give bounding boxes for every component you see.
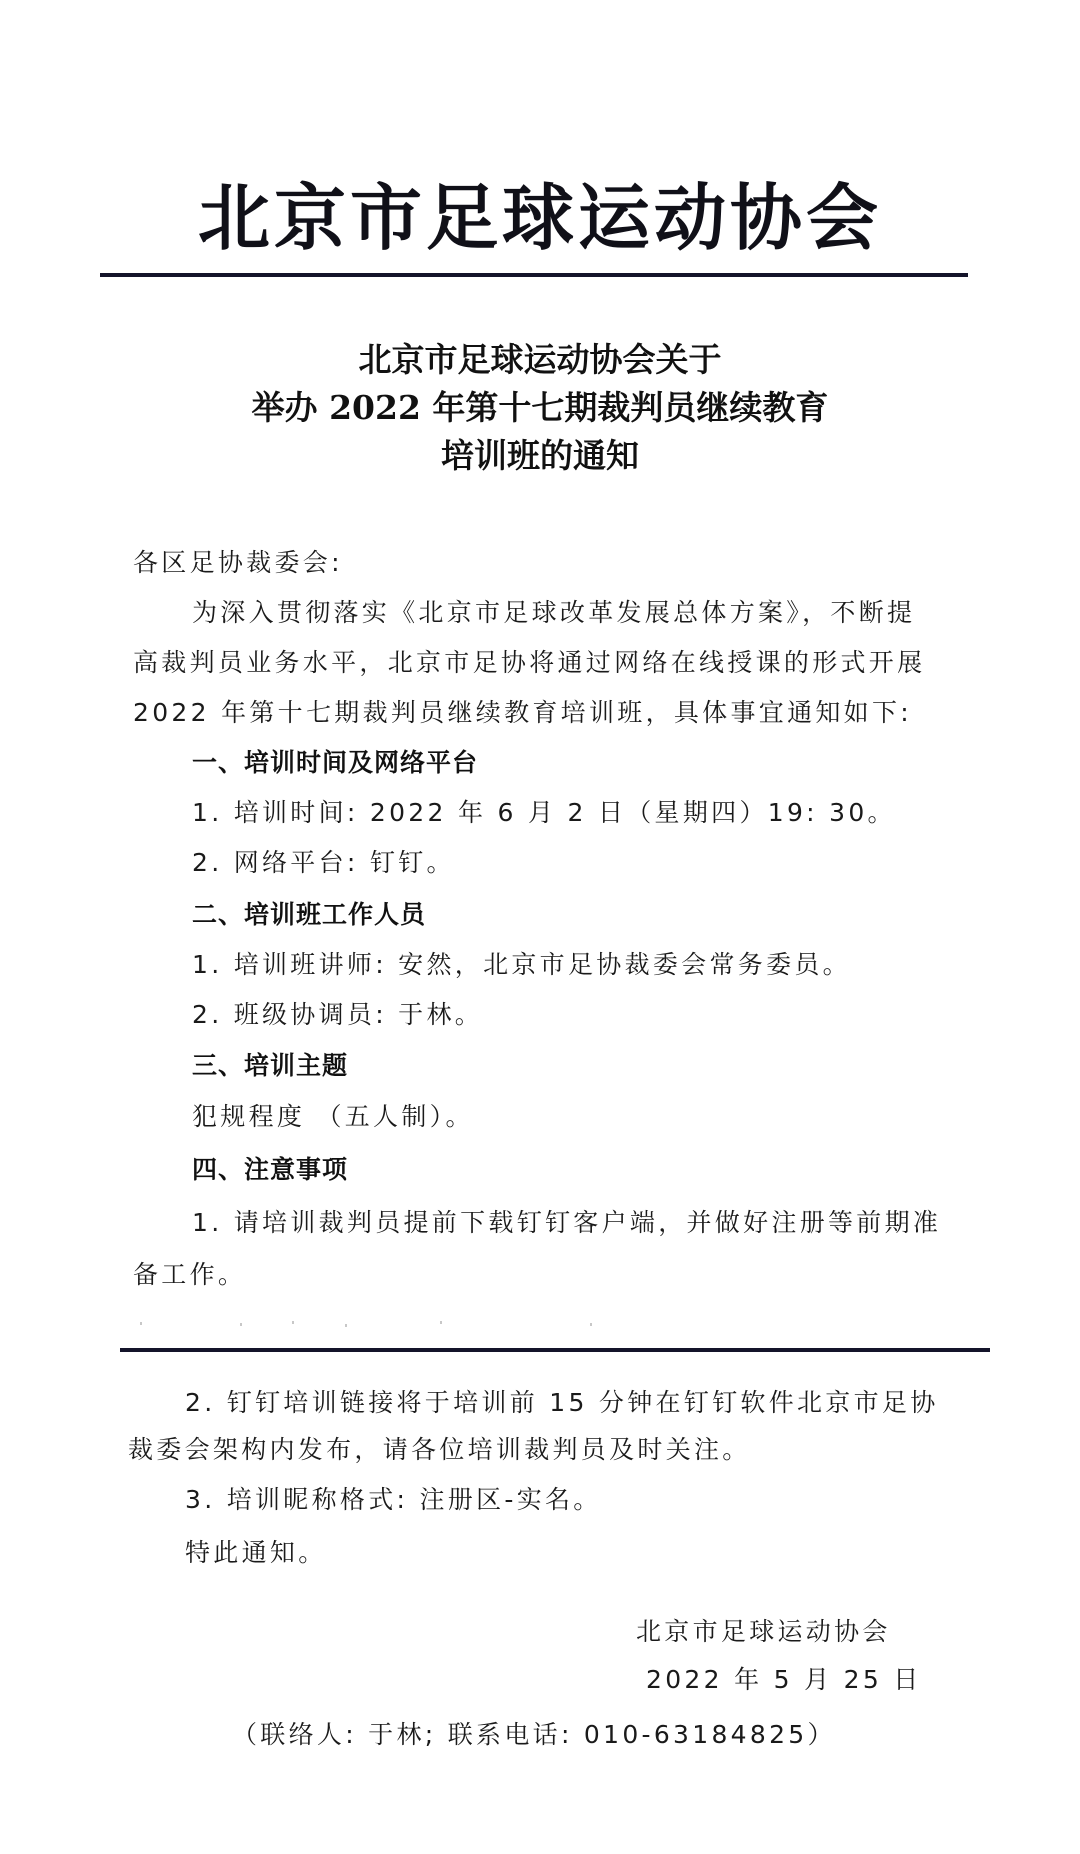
- notice-title-line-1: 北京市足球运动协会关于: [0, 340, 1080, 380]
- note-2-line-2: 裁委会架构内发布，请各位培训裁判员及时关注。: [128, 1434, 751, 1466]
- intro-line-3: 2022 年第十七期裁判员继续教育培训班，具体事宜通知如下:: [133, 697, 912, 729]
- masthead-rule: [100, 273, 968, 277]
- page-separator-rule: [120, 1348, 990, 1352]
- section-heading-topic: 三、培训主题: [192, 1050, 348, 1082]
- scan-speck: [440, 1321, 442, 1324]
- section-item-lecturer: 1. 培训班讲师: 安然，北京市足协裁委会常务委员。: [192, 949, 851, 981]
- intro-line-1: 为深入贯彻落实《北京市足球改革发展总体方案》，不断提: [192, 597, 915, 629]
- note-2-line-1: 2. 钉钉培训链接将于培训前 15 分钟在钉钉软件北京市足协: [185, 1387, 939, 1419]
- section-item-training-time: 1. 培训时间: 2022 年 6 月 2 日（星期四）19: 30。: [192, 797, 896, 829]
- signature-date: 2022 年 5 月 25 日: [646, 1664, 922, 1696]
- masthead-organization: 北京市足球运动协会: [0, 178, 1080, 258]
- scan-speck: [240, 1323, 242, 1326]
- notice-title-line-2: 举办 2022 年第十七期裁判员继续教育: [0, 388, 1080, 428]
- closing-remark: 特此通知。: [185, 1537, 327, 1569]
- signature-organization: 北京市足球运动协会: [636, 1616, 891, 1648]
- section-item-topic: 犯规程度 （五人制）。: [192, 1101, 474, 1133]
- salutation: 各区足协裁委会:: [133, 547, 343, 579]
- notice-title-line-3: 培训班的通知: [0, 436, 1080, 476]
- section-item-platform: 2. 网络平台: 钉钉。: [192, 847, 455, 879]
- section-heading-schedule: 一、培训时间及网络平台: [192, 747, 478, 779]
- intro-line-2: 高裁判员业务水平，北京市足协将通过网络在线授课的形式开展: [133, 647, 925, 679]
- scan-speck: [140, 1322, 142, 1325]
- scan-speck: [292, 1321, 294, 1324]
- section-heading-staff: 二、培训班工作人员: [192, 899, 426, 931]
- section-item-note-1: 1. 请培训裁判员提前下载钉钉客户端，并做好注册等前期准: [192, 1207, 941, 1239]
- note-3: 3. 培训昵称格式: 注册区-实名。: [185, 1484, 602, 1516]
- contact-info: （联络人: 于林; 联系电话: 010-63184825）: [232, 1719, 836, 1751]
- scan-speck: [345, 1324, 347, 1327]
- scan-speck: [590, 1323, 592, 1326]
- section-item-coordinator: 2. 班级协调员: 于林。: [192, 999, 483, 1031]
- section-heading-notes: 四、注意事项: [192, 1154, 348, 1186]
- section-item-note-1-cont: 备工作。: [133, 1259, 246, 1291]
